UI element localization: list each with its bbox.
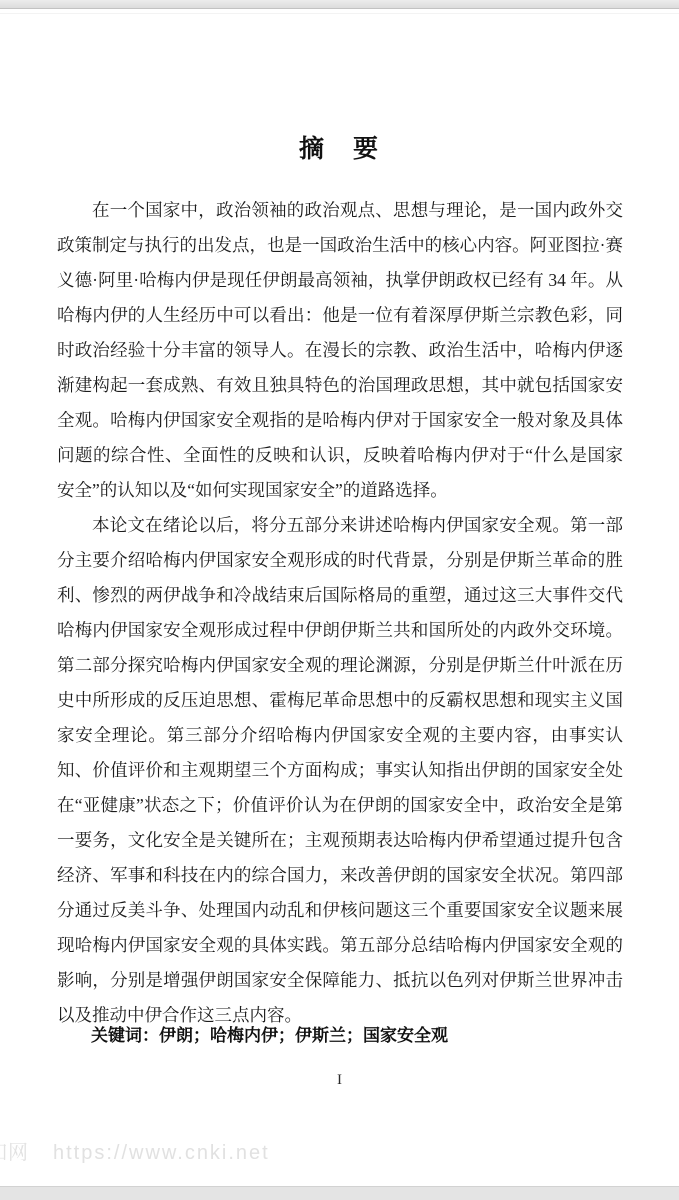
abstract-paragraph-1: 在一个国家中，政治领袖的政治观点、思想与理论，是一国内政外交政策制定与执行的出发… [57, 193, 623, 508]
abstract-paragraph-2: 本论文在绪论以后，将分五部分来讲述哈梅内伊国家安全观。第一部分主要介绍哈梅内伊国… [57, 508, 623, 1033]
viewer-bottom-chrome-bar [0, 1186, 679, 1200]
cnki-watermark-site-name: 中国知网 [0, 1142, 29, 1164]
abstract-title: 摘 要 [0, 129, 679, 165]
cnki-watermark: 中国知网https://www.cnki.net [0, 1136, 270, 1165]
keywords-line: 关键词：伊朗；哈梅内伊；伊斯兰；国家安全观 [57, 1022, 623, 1050]
page-top-edge [0, 13, 679, 14]
page-number: I [0, 1072, 679, 1089]
abstract-body: 在一个国家中，政治领袖的政治观点、思想与理论，是一国内政外交政策制定与执行的出发… [57, 193, 623, 1033]
cnki-watermark-url: https://www.cnki.net [53, 1142, 270, 1164]
viewer-top-chrome-bar [0, 0, 679, 9]
document-viewer-page: 摘 要 在一个国家中，政治领袖的政治观点、思想与理论，是一国内政外交政策制定与执… [0, 0, 679, 1200]
